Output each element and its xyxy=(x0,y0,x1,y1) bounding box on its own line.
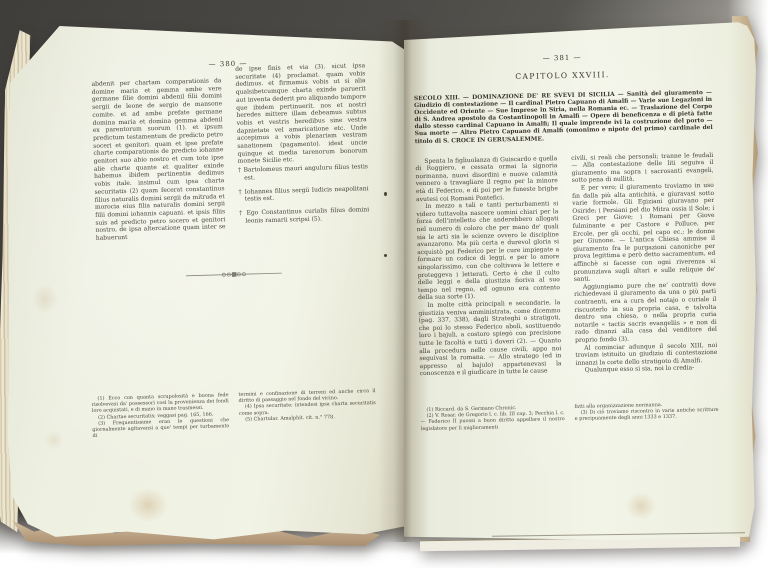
left-page-footnotes: (1) Ecco con quanta scrupolosità e buona… xyxy=(91,388,376,439)
left-page-text-block: — 380 — abdenit per chartam comparationi… xyxy=(91,56,371,285)
body-paragraph: Spenta la figliuolanza di Guiscardo e qu… xyxy=(415,155,558,204)
latin-charter-text: abdenit per chartam comparationis da dom… xyxy=(91,77,225,242)
body-paragraph: Aggiungiamo pure che ne' contratti dove … xyxy=(574,281,717,345)
left-page-column-1: abdenit per chartam comparationis da dom… xyxy=(91,77,225,242)
ink-speck xyxy=(384,192,387,196)
body-paragraph: Qualunque esso si sia, noi lo credia- xyxy=(576,364,718,375)
footnote-column-2: termini e confinazione di terreni ed anc… xyxy=(238,388,376,435)
body-paragraph: Al cominciar adunque il secolo XIII, noi… xyxy=(575,341,717,367)
next-page-hairline xyxy=(492,532,745,537)
left-page-columns: abdenit per chartam comparationis da dom… xyxy=(91,73,369,242)
body-paragraph: civili, si reali che personali; tranne l… xyxy=(571,152,714,185)
chapter-heading: CAPITOLO XXVIII. xyxy=(413,68,711,83)
footnote: (3) Di ciò troviamo riscontro in varie a… xyxy=(575,407,719,422)
chapter-argument: SECOLO XIII. — DOMINAZIONE DE' RE SVEVI … xyxy=(414,89,713,145)
foxing-stain xyxy=(44,430,64,450)
witness-signature: † Ego Constantinus curialis filius domin… xyxy=(239,206,369,225)
right-page-columns: Spenta la figliuolanza di Guiscardo e qu… xyxy=(415,152,718,378)
body-paragraph: In molte città principali e secondarie, … xyxy=(418,299,562,378)
section-divider-ornament xyxy=(186,269,282,279)
open-book: — 380 — abdenit per chartam comparationi… xyxy=(0,0,768,568)
right-page-number: — 381 — xyxy=(413,51,711,65)
witness-signature: † Iohannes filius sergii Iudicis neapoli… xyxy=(238,185,368,204)
right-page-column-1: Spenta la figliuolanza di Guiscardo e qu… xyxy=(415,155,562,378)
body-paragraph: In mezzo a tali e tanti perturbamenti si… xyxy=(416,200,560,302)
foxing-stain xyxy=(128,488,168,522)
right-page-footnotes: (1) Riccard. da S. Germano Chronic. (2) … xyxy=(420,401,718,432)
left-page: — 380 — abdenit per chartam comparationi… xyxy=(8,26,404,542)
footnote-column-1: (1) Ecco con quanta scrupolosità e buona… xyxy=(91,392,229,439)
latin-charter-text: de ipse finis et via (3). sicut ipsa sec… xyxy=(235,62,368,166)
right-page: — 381 — CAPITOLO XXVIII. SECOLO XIII. — … xyxy=(404,18,756,542)
footnote: (2) V. Rosar. de Gregorio l. c. lib. III… xyxy=(421,410,565,432)
body-paragraph: E per vero; il giuramento troviamo in us… xyxy=(572,182,716,284)
section-divider xyxy=(97,259,371,286)
right-page-text-block: — 381 — CAPITOLO XXVIII. SECOLO XIII. — … xyxy=(413,51,721,527)
left-page-column-2: de ipse finis et via (3). sicut ipsa sec… xyxy=(235,62,370,238)
footnote: (3) Frequentissime eran le questioni che… xyxy=(92,417,229,439)
footnote-column-1: (1) Riccard. da S. Germano Chronic. (2) … xyxy=(420,404,564,432)
footnote-column-2: fatti alla organizzazione normanna. (3) … xyxy=(574,401,718,429)
right-page-column-2: civili, si reali che personali; tranne l… xyxy=(571,152,718,375)
foxing-stain xyxy=(32,284,58,314)
ink-speck xyxy=(384,254,387,257)
witness-signature: † Bartolomeus mauri anguluru filius test… xyxy=(238,163,368,182)
